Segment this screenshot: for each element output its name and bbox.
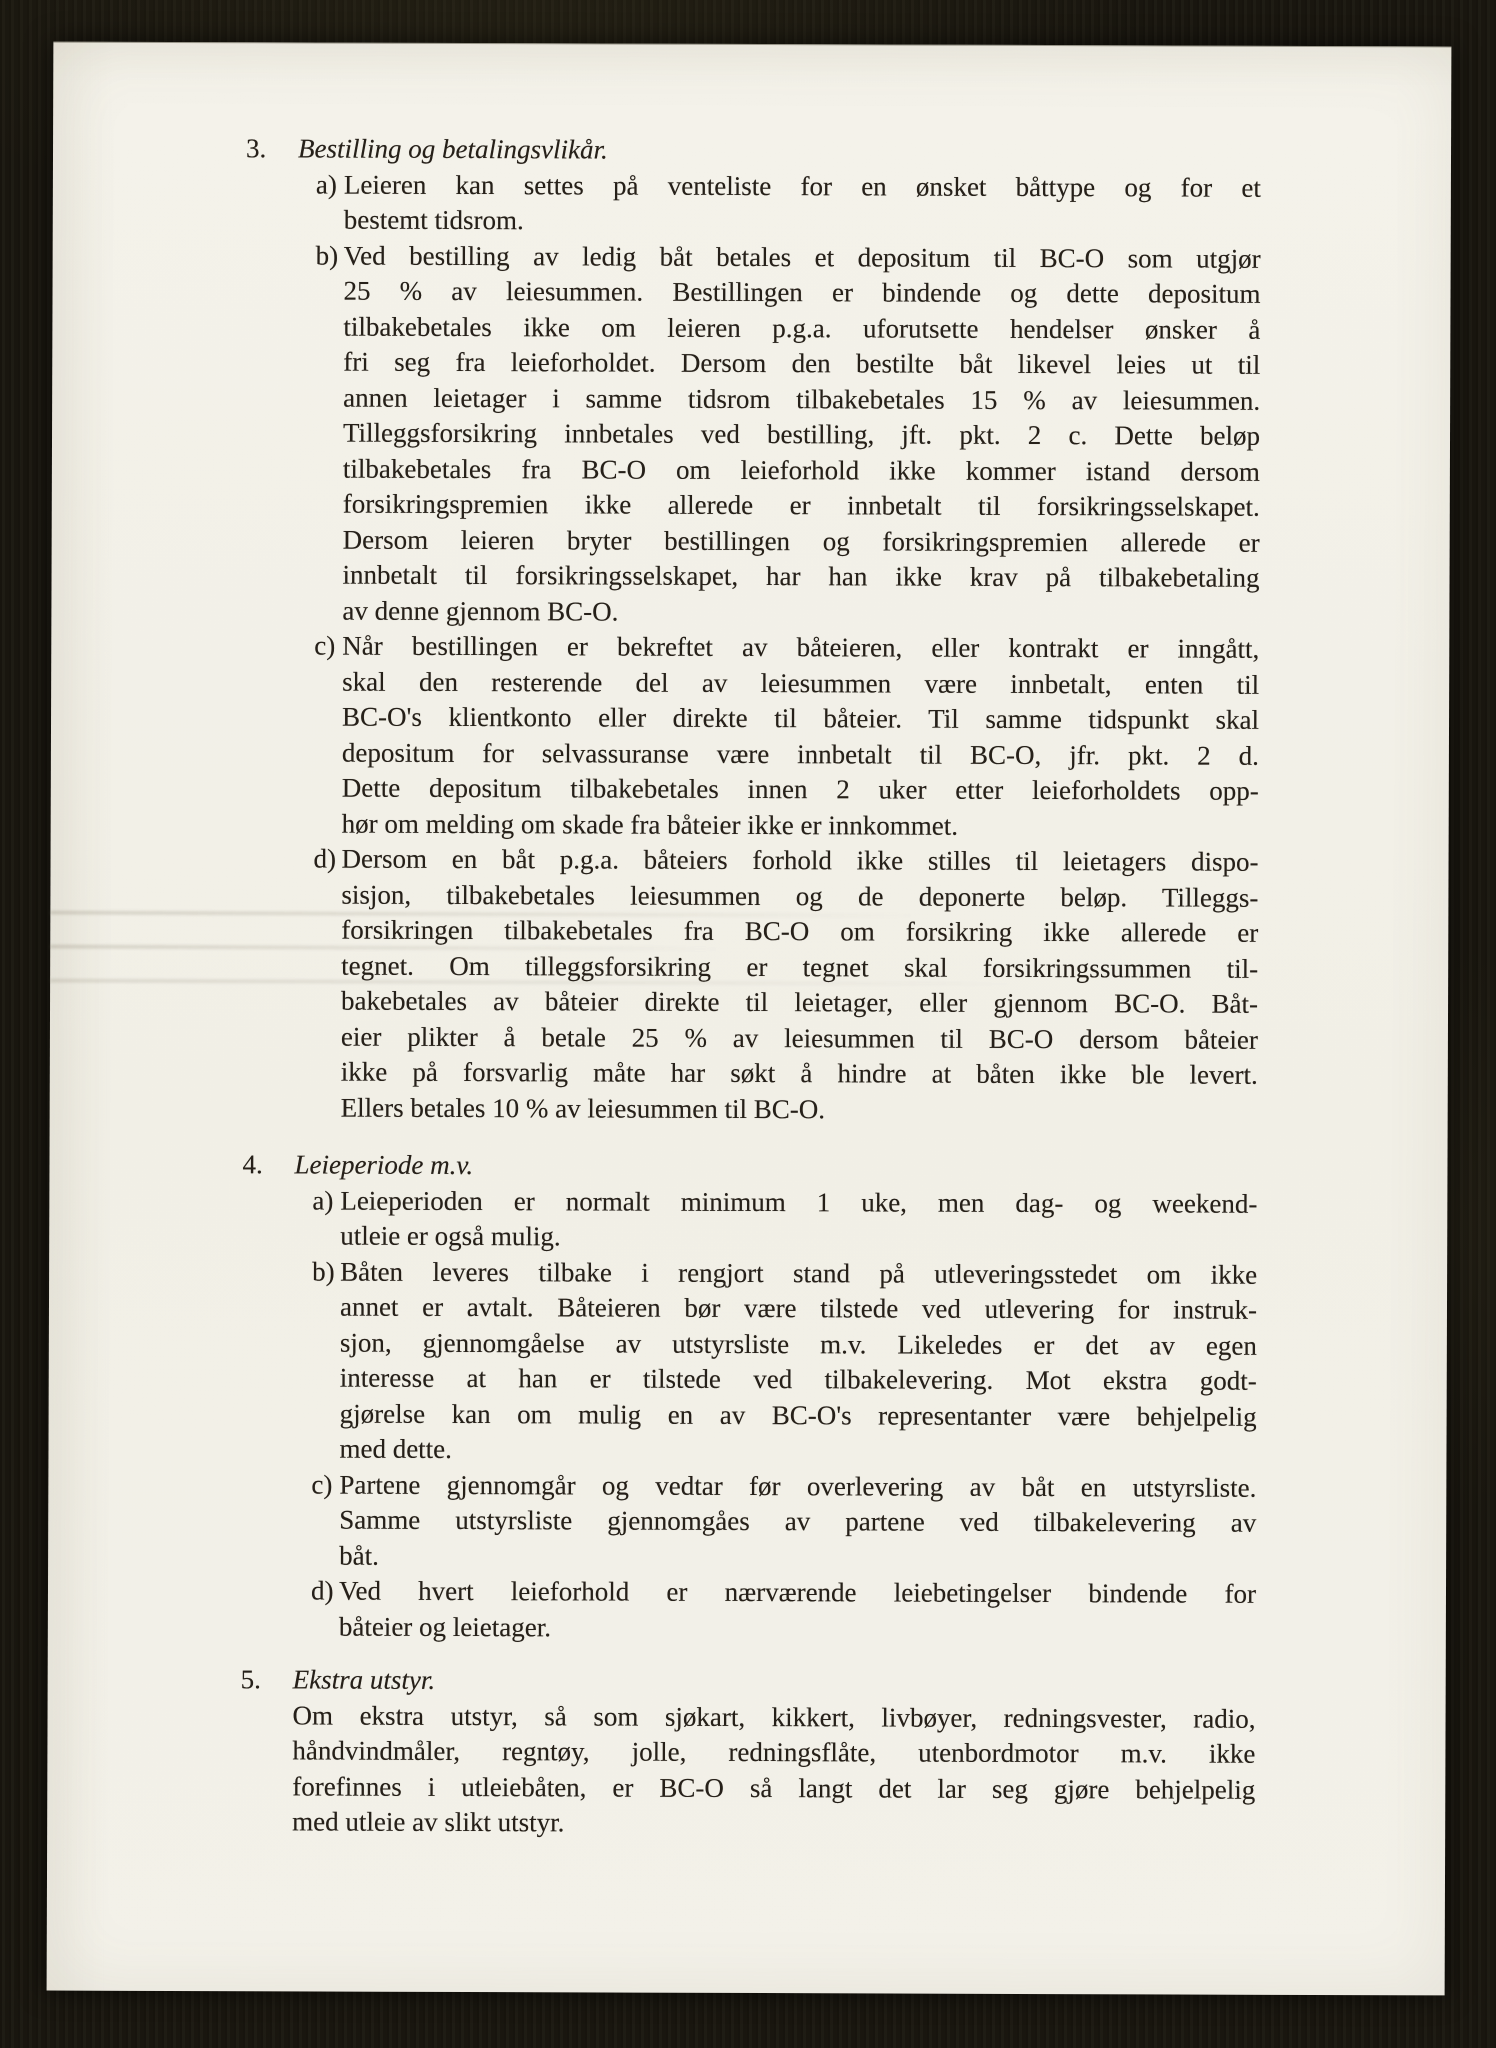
item-text: Partene gjennomgår og vedtar før overlev…	[339, 1467, 1256, 1577]
item-text: Når bestillingen er bekreftet av båteier…	[342, 629, 1260, 845]
list-item-b: b) Båten leveres tilbake i rengjort stan…	[293, 1254, 1257, 1470]
text-line: utleie er også mulig.	[340, 1219, 1257, 1258]
text-line: gjørelse kan om mulig en av BC-O's repre…	[340, 1396, 1257, 1435]
item-label: d)	[293, 1573, 339, 1644]
text-line: forefinnes i utleiebåten, er BC-O så lan…	[292, 1769, 1255, 1808]
scan-surround: 3. Bestilling og betalingsvlikår. a) Lei…	[0, 0, 1496, 2048]
text-line: BC-O's klientkonto eller direkte til båt…	[342, 700, 1259, 739]
item-label: b)	[293, 1254, 340, 1467]
text-line: bestemt tidsrom.	[344, 203, 1261, 242]
text-line: Ellers betales 10 % av leiesummen til BC…	[341, 1090, 1258, 1129]
text-line: båteier og leietager.	[339, 1609, 1256, 1648]
text-line: eier plikter å betale 25 % av leiesummen…	[341, 1019, 1258, 1058]
item-text: Båten leveres tilbake i rengjort stand p…	[339, 1254, 1257, 1470]
text-line: Leieperioden er normalt minimum 1 uke, m…	[340, 1183, 1257, 1222]
text-line: skal den resterende del av leiesummen væ…	[342, 664, 1259, 703]
text-line: av denne gjennom BC-O.	[342, 593, 1259, 632]
text-line: tilbakebetales ikke om leieren p.g.a. uf…	[343, 309, 1260, 348]
text-line: Om ekstra utstyr, så som sjøkart, kikker…	[293, 1698, 1256, 1737]
item-text: Dersom en båt p.g.a. båteiers forhold ik…	[341, 842, 1259, 1129]
text-line: Når bestillingen er bekreftet av båteier…	[342, 629, 1259, 668]
text-line: Samme utstyrsliste gjennomgåes av parten…	[339, 1503, 1256, 1542]
text-line: håndvindmåler, regntøy, jolle, redningsf…	[292, 1733, 1255, 1772]
text-line: innbetalt til forsikringsselskapet, har …	[342, 558, 1259, 597]
list-item-b: b) Ved bestilling av ledig båt betales e…	[296, 238, 1260, 632]
section-number: 3.	[246, 131, 298, 167]
section-number: 4.	[242, 1147, 294, 1183]
text-line: tilbakebetales fra BC-O om leieforhold i…	[343, 451, 1260, 490]
list-item-a: a) Leieperioden er normalt minimum 1 uke…	[294, 1183, 1257, 1257]
section-heading: 5. Ekstra utstyr.	[241, 1662, 1256, 1701]
section-title: Leieperiode m.v.	[294, 1147, 473, 1183]
list-item-a: a) Leieren kan settes på venteliste for …	[298, 167, 1261, 241]
section-title: Ekstra utstyr.	[293, 1662, 436, 1698]
section-ekstra-utstyr: 5. Ekstra utstyr. Om ekstra utstyr, så s…	[240, 1662, 1256, 1843]
text-line: hør om melding om skade fra båteier ikke…	[342, 806, 1259, 845]
text-line: annet er avtalt. Båteieren bør være tils…	[340, 1290, 1257, 1329]
section-bestilling-og-betalingsvilkar: 3. Bestilling og betalingsvlikår. a) Lei…	[243, 131, 1261, 1129]
item-label: b)	[296, 238, 343, 629]
document-content: 3. Bestilling og betalingsvlikår. a) Lei…	[240, 131, 1261, 1843]
item-text: Leieren kan settes på venteliste for en …	[344, 167, 1261, 241]
section-leieperiode: 4. Leieperiode m.v. a) Leieperioden er n…	[241, 1147, 1258, 1648]
paper-sheet: 3. Bestilling og betalingsvlikår. a) Lei…	[47, 42, 1452, 1996]
text-line: Ved bestilling av ledig båt betales et d…	[344, 238, 1261, 277]
text-line: sisjon, tilbakebetales leiesummen og de …	[341, 877, 1258, 916]
section-items: a) Leieren kan settes på venteliste for …	[295, 167, 1261, 1129]
text-line: båt.	[339, 1538, 1256, 1577]
section-number: 5.	[241, 1662, 293, 1698]
text-line: Dersom leieren bryter bestillingen og fo…	[343, 522, 1260, 561]
text-line: fri seg fra leieforholdet. Dersom den be…	[343, 345, 1260, 384]
text-line: Ved hvert leieforhold er nærværende leie…	[339, 1574, 1256, 1613]
text-line: 25 % av leiesummen. Bestillingen er bind…	[343, 274, 1260, 313]
text-line: med utleie av slikt utstyr.	[292, 1804, 1255, 1843]
scanned-document-photo: { "page": { "colors": { "surround": "#1b…	[0, 0, 1496, 2048]
text-line: ikke på forsvarlig måte har søkt å hindr…	[341, 1055, 1258, 1094]
item-text: Ved bestilling av ledig båt betales et d…	[342, 238, 1260, 632]
item-label: a)	[294, 1183, 340, 1254]
text-line: Dette depositum tilbakebetales innen 2 u…	[342, 771, 1259, 810]
section-body-text: Om ekstra utstyr, så som sjøkart, kikker…	[292, 1698, 1255, 1843]
list-item-c: c) Partene gjennomgår og vedtar før over…	[293, 1467, 1256, 1577]
text-line: tegnet. Om tilleggsforsikring er tegnet …	[341, 948, 1258, 987]
text-line: Tilleggsforsikring innbetales ved bestil…	[343, 416, 1260, 455]
text-line: forsikringen tilbakebetales fra BC-O om …	[341, 913, 1258, 952]
section-items: a) Leieperioden er normalt minimum 1 uke…	[293, 1183, 1258, 1648]
text-line: med dette.	[339, 1432, 1256, 1471]
text-line: forsikringspremien ikke allerede er innb…	[343, 487, 1260, 526]
text-line: annen leietager i samme tidsrom tilbakeb…	[343, 380, 1260, 419]
item-label: c)	[296, 628, 343, 841]
text-line: depositum for selvassuranse være innbeta…	[342, 735, 1259, 774]
item-label: a)	[298, 167, 344, 238]
item-text: Leieperioden er normalt minimum 1 uke, m…	[340, 1183, 1257, 1257]
text-line: sjon, gjennomgåelse av utstyrsliste m.v.…	[340, 1325, 1257, 1364]
list-item-d: d) Dersom en båt p.g.a. båteiers forhold…	[295, 841, 1259, 1128]
item-label: d)	[295, 841, 342, 1125]
text-line: Leieren kan settes på venteliste for en …	[344, 167, 1261, 206]
section-heading: 3. Bestilling og betalingsvlikår.	[246, 131, 1261, 170]
section-heading: 4. Leieperiode m.v.	[242, 1147, 1257, 1186]
text-line: Båten leveres tilbake i rengjort stand p…	[340, 1254, 1257, 1293]
item-label: c)	[293, 1467, 339, 1574]
list-item-c: c) Når bestillingen er bekreftet av båte…	[296, 628, 1260, 844]
list-item-d: d) Ved hvert leieforhold er nærværende l…	[293, 1573, 1256, 1647]
item-text: Ved hvert leieforhold er nærværende leie…	[339, 1574, 1256, 1648]
text-line: interesse at han er tilstede ved tilbake…	[340, 1361, 1257, 1400]
text-line: bakebetales av båteier direkte til leiet…	[341, 984, 1258, 1023]
text-line: Partene gjennomgår og vedtar før overlev…	[339, 1467, 1256, 1506]
text-line: Dersom en båt p.g.a. båteiers forhold ik…	[341, 842, 1258, 881]
section-title: Bestilling og betalingsvlikår.	[298, 131, 608, 168]
